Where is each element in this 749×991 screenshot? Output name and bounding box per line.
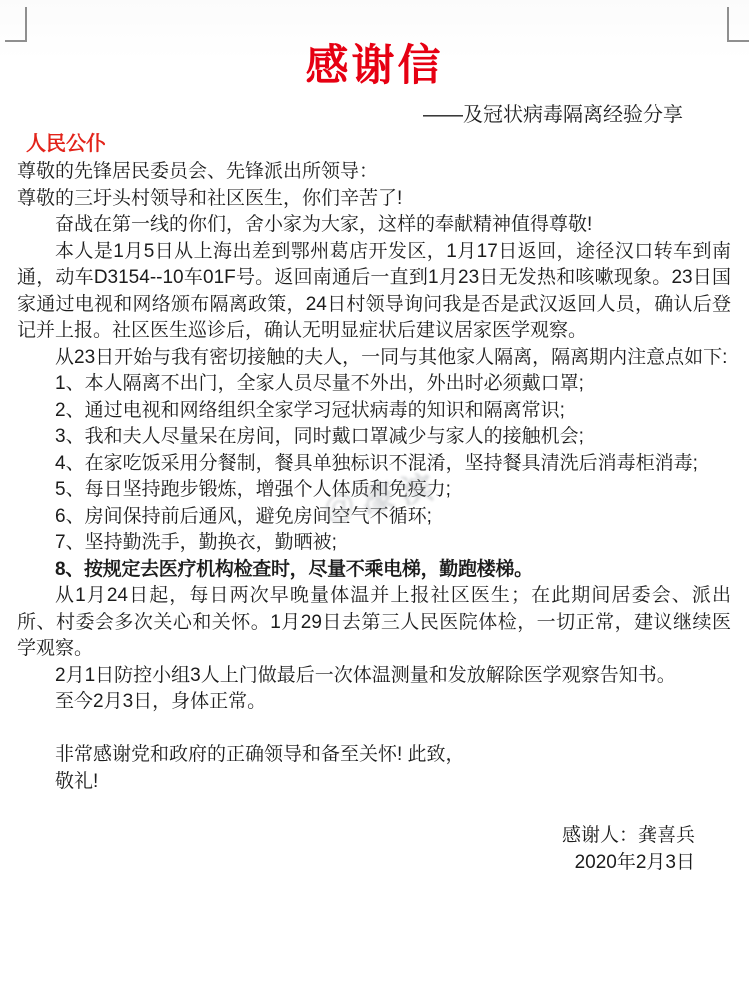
paragraph-release-notice: 2月1日防控小组3人上门做最后一次体温测量和发放解除医学观察告知书。 xyxy=(17,663,731,690)
list-item-8: 8、按规定去医疗机构检查时，尽量不乘电梯，勤跑楼梯。 xyxy=(17,557,731,584)
signature-date: 2020年2月3日 xyxy=(0,849,695,877)
salutation-line-1: 尊敬的先锋居民委员会、先锋派出所领导： xyxy=(17,159,731,186)
salutation-line-2: 尊敬的三圩头村领导和社区医生，你们辛苦了! xyxy=(17,186,731,213)
list-item-4: 4、在家吃饭采用分餐制，餐具单独标识不混淆，坚持餐具清洗后消毒柜消毒; xyxy=(17,451,731,478)
salutation-heading: 人民公仆 xyxy=(0,131,749,158)
paragraph-monitoring: 从1月24日起，每日两次早晚量体温并上报社区医生；在此期间居委会、派出所、村委会… xyxy=(17,583,731,663)
paragraph-travel-history: 本人是1月5日从上海出差到鄂州葛店开发区，1月17日返回，途径汉口转车到南通，动… xyxy=(17,239,731,345)
letter-page: 感谢信 ——及冠状病毒隔离经验分享 人民公仆 尊敬的先锋居民委员会、先锋派出所领… xyxy=(0,0,749,991)
paragraph-quarantine-intro: 从23日开始与我有密切接触的夫人，一同与其他家人隔离，隔离期内注意点如下: xyxy=(17,345,731,372)
list-item-2: 2、通过电视和网络组织全家学习冠状病毒的知识和隔离常识; xyxy=(17,398,731,425)
signature-name: 感谢人：龚喜兵 xyxy=(0,822,695,850)
signature-block: 感谢人：龚喜兵 2020年2月3日 xyxy=(0,822,749,877)
list-item-5: 5、每日坚持跑步锻炼，增强个人体质和免疫力; xyxy=(17,477,731,504)
letter-subtitle: ——及冠状病毒隔离经验分享 xyxy=(0,102,749,129)
page-title: 感谢信 xyxy=(0,0,749,90)
list-item-3: 3、我和夫人尽量呆在房间，同时戴口罩减少与家人的接触机会; xyxy=(17,424,731,451)
paragraph-tribute: 奋战在第一线的你们，舍小家为大家，这样的奉献精神值得尊敬! xyxy=(17,212,731,239)
list-item-1: 1、本人隔离不出门，全家人员尽量不外出，外出时必须戴口罩; xyxy=(17,371,731,398)
crop-mark-top-right-icon xyxy=(727,7,749,42)
paragraph-current-status: 至今2月3日，身体正常。 xyxy=(17,689,731,716)
paragraph-thanks: 非常感谢党和政府的正确领导和备至关怀! 此致， xyxy=(17,742,731,769)
list-item-6: 6、房间保持前后通风，避免房间空气不循环; xyxy=(17,504,731,531)
paragraph-salute: 敬礼! xyxy=(17,769,731,796)
list-item-7: 7、坚持勤洗手，勤换衣，勤晒被; xyxy=(17,530,731,557)
letter-body: 尊敬的先锋居民委员会、先锋派出所领导： 尊敬的三圩头村领导和社区医生，你们辛苦了… xyxy=(0,159,749,795)
crop-mark-top-left-icon xyxy=(5,7,27,42)
